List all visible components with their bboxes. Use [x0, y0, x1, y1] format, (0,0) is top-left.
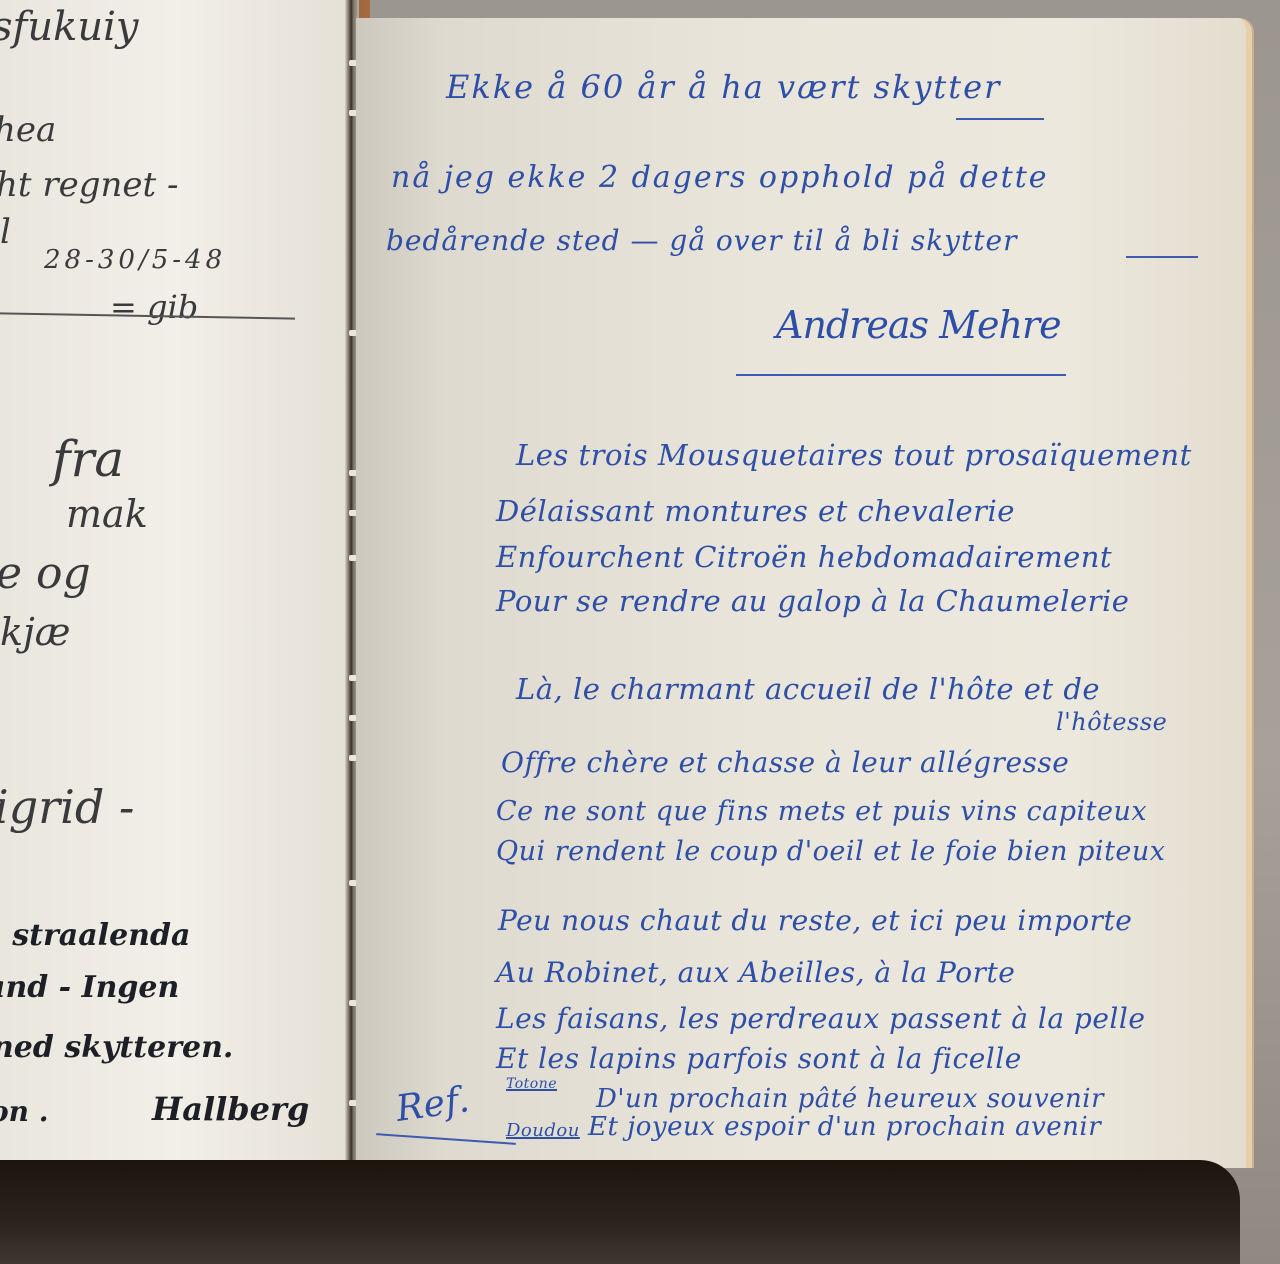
norwegian-signature: Andreas Mehre: [776, 303, 1061, 347]
left-line-2: hea: [0, 110, 56, 150]
poem-line-11: Au Robinet, aux Abeilles, à la Porte: [496, 956, 1015, 989]
underline-skytter-2: [1126, 256, 1198, 258]
signature-doudou: Doudou: [506, 1120, 580, 1141]
signature-ref: Ref.: [394, 1079, 473, 1130]
left-line-sigrid: igrid -: [0, 780, 134, 834]
closing-line-1: D'un prochain pâté heureux souvenir: [596, 1084, 1104, 1114]
section-divider: [736, 374, 1066, 376]
poem-line-5: Là, le charmant accueil de l'hôte et de: [516, 672, 1100, 706]
signature-flourish: [376, 1133, 516, 1145]
left-line-straalenda: u straalenda: [0, 918, 190, 953]
poem-line-3: Enfourchent Citroën hebdomadairement: [496, 540, 1112, 574]
poem-line-13: Et les lapins parfois sont à la ficelle: [496, 1042, 1022, 1075]
left-signature: Hallberg: [152, 1090, 309, 1128]
left-line-og: e og: [0, 548, 91, 599]
poem-line-2: Délaissant montures et chevalerie: [496, 494, 1015, 528]
left-line-4: l: [0, 212, 11, 252]
left-line-3: ht regnet -: [0, 165, 178, 205]
left-date: 28-30/5-48: [44, 245, 226, 275]
poem-line-8: Ce ne sont que fins mets et puis vins ca…: [496, 796, 1147, 827]
norwegian-line-3: bedårende sted — gå over til å bli skytt…: [386, 224, 1017, 257]
poem-line-12: Les faisans, les perdreaux passent à la …: [496, 1002, 1145, 1035]
poem-line-7: Offre chère et chasse à leur allégresse: [501, 746, 1069, 779]
left-line-kjae: kjæ: [0, 610, 71, 654]
left-line-on: on .: [0, 1095, 49, 1128]
left-line-mak: mak: [66, 492, 148, 536]
closing-line-2: Et joyeux espoir d'un prochain avenir: [588, 1112, 1101, 1142]
poem-line-1: Les trois Mousquetaires tout prosaïqueme…: [516, 438, 1192, 472]
left-line-1: sfukuiy: [0, 4, 138, 50]
poem-line-9: Qui rendent le coup d'oeil et le foie bi…: [496, 836, 1166, 867]
right-page: Ekke å 60 år å ha vært skytter nå jeg ek…: [356, 18, 1252, 1168]
norwegian-line-1: Ekke å 60 år å ha vært skytter: [446, 68, 1001, 106]
signature-totone: Totone: [506, 1076, 557, 1092]
poem-line-6: l'hôtesse: [1056, 708, 1167, 736]
table-shadow: [0, 1160, 1240, 1264]
poem-line-4: Pour se rendre au galop à la Chaumelerie: [496, 584, 1129, 618]
poem-line-10: Peu nous chaut du reste, et ici peu impo…: [498, 904, 1132, 937]
left-line-fra: fra: [52, 430, 124, 488]
left-line-6: = gib: [110, 288, 198, 326]
norwegian-line-2: nå jeg ekke 2 dagers opphold på dette: [391, 160, 1049, 195]
left-line-skytteren: ned skytteren.: [0, 1030, 233, 1065]
left-line-ingen: and - Ingen: [0, 970, 179, 1005]
underline-skytter-1: [956, 118, 1044, 120]
left-page: sfukuiy hea ht regnet - l 28-30/5-48 = g…: [0, 0, 352, 1177]
